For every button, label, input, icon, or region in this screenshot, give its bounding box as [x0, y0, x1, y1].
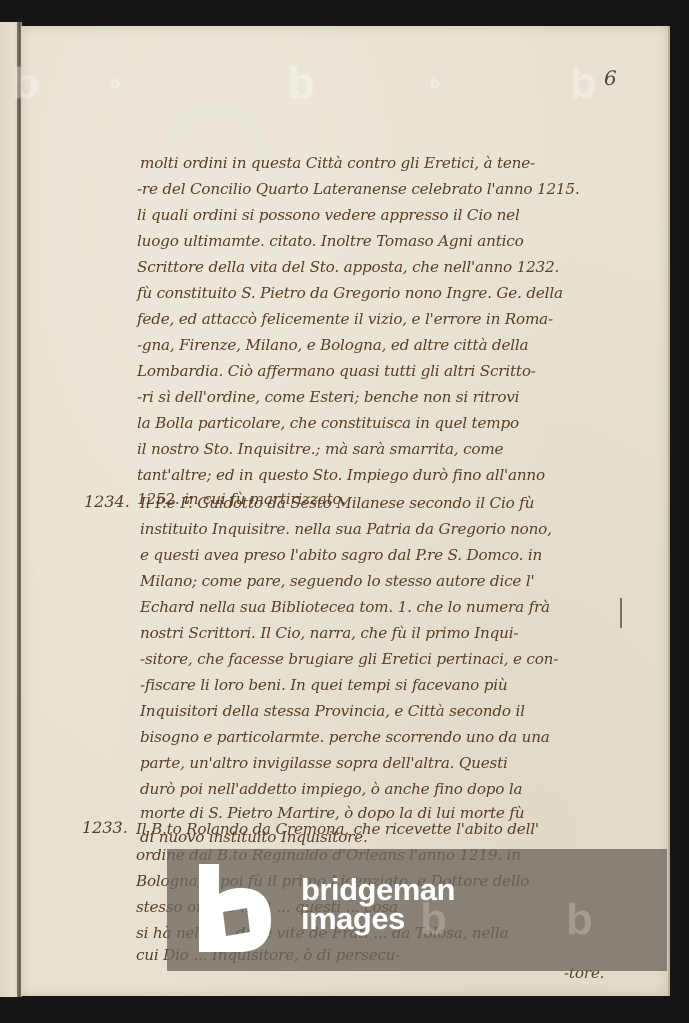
entry-year: 1234.: [84, 492, 130, 511]
entry-line: parte, un'altro invigilasse sopra dell'a…: [140, 754, 508, 772]
bridgeman-wordmark: bridgeman images: [301, 875, 455, 933]
text-line: -ri sì dell'ordine, come Esteri; benche …: [137, 388, 519, 406]
text-line: luogo ultimamte. citato. Inoltre Tomaso …: [137, 232, 524, 250]
text-line: -re del Concilio Quarto Lateranense cele…: [137, 180, 579, 198]
text-line: fede, ed attaccò felicemente il vizio, e…: [137, 310, 553, 328]
brand-line-1: bridgeman: [301, 875, 455, 904]
text-line: li quali ordini si possono vedere appres…: [137, 206, 520, 224]
text-line: tant'altre; ed in questo Sto. Impiego du…: [137, 466, 545, 484]
text-line: Lombardia. Ciò affermano quasi tutti gli…: [137, 362, 536, 380]
entry-year: 1233.: [82, 818, 128, 837]
margin-mark: [620, 598, 622, 628]
entry-line: Il B.to Rolando da Cremona, che ricevett…: [136, 820, 539, 838]
text-line: -gna, Firenze, Milano, e Bologna, ed alt…: [137, 336, 528, 354]
text-line: la Bolla particolare, che constituisca i…: [137, 414, 519, 432]
text-line: Scrittore della vita del Sto. apposta, c…: [137, 258, 559, 276]
entry-line: -fiscare li loro beni. In quei tempi si …: [140, 676, 508, 694]
text-line: molti ordini in questa Città contro gli …: [140, 154, 535, 172]
entry-line: instituito Inquisitre. nella sua Patria …: [140, 520, 552, 538]
entry-line: Inquisitori della stessa Provincia, e Ci…: [140, 702, 525, 720]
entry-line: Milano; come pare, seguendo lo stesso au…: [140, 572, 534, 590]
entry-line: Echard nella sua Bibliotecea tom. 1. che…: [140, 598, 550, 616]
watermark-tile-icon: b: [566, 898, 593, 942]
entry-line: e questi avea preso l'abito sagro dal P.…: [140, 546, 542, 564]
entry-line: durò poi nell'addetto impiego, ò anche f…: [140, 780, 522, 798]
entry-line: nostri Scrittori. Il Cio, narra, che fù …: [140, 624, 518, 642]
brand-line-2: images: [301, 904, 455, 933]
text-line: il nostro Sto. Inquisitre.; mà sarà smar…: [137, 440, 503, 458]
entry-line: bisogno e particolarmte. perche scorrend…: [140, 728, 550, 746]
bridgeman-logo-icon: [195, 862, 275, 952]
entry-line: Il P.e F. Guidotto da Sesto Milanese sec…: [140, 494, 534, 512]
text-line: fù constituito S. Pietro da Gregorio non…: [137, 284, 563, 302]
entry-line: -sitore, che facesse brugiare gli Eretic…: [140, 650, 558, 668]
